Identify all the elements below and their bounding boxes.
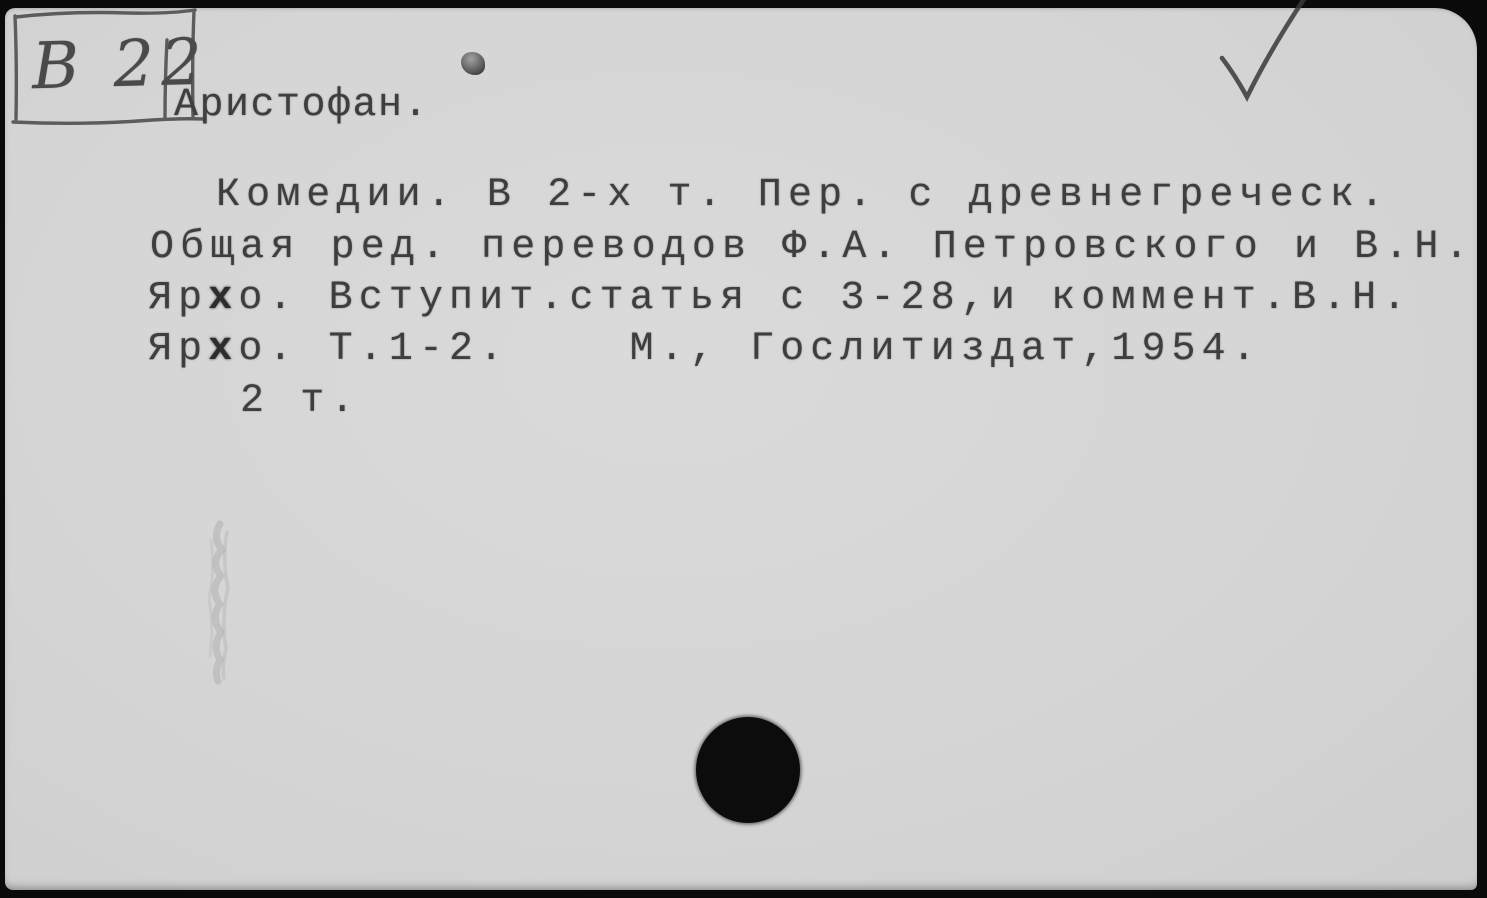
line3-overstruck-char: х [208,276,238,321]
line4-prefix: Яр [148,327,208,372]
line3-prefix: Яр [148,276,208,321]
hole-punch [696,717,800,823]
bibliography-line-imprint: Ярхо. Т.1-2. М., Гослитиздат,1954. [148,330,1262,370]
author-line: Аристофан. [174,86,429,126]
ink-speck-mark [461,52,485,75]
bibliography-line-title: Комедии. В 2-х т. Пер. с древнегреческ. [216,176,1390,216]
line4-overstruck-char: х [208,327,238,372]
scanned-catalog-card-photo: В 22 Аристофан. Комедии. В 2-х т. Пер. с… [0,0,1487,898]
bibliography-line-intro: Ярхо. Вступит.статья с 3-28,и коммент.В.… [148,279,1412,319]
bibliography-line-volumes: 2 т. [240,382,360,422]
line4-rest: о. Т.1-2. М., Гослитиздат,1954. [238,327,1262,372]
line3-rest: о. Вступит.статья с 3-28,и коммент.В.Н. [238,276,1412,321]
vertical-stamp-mark [194,518,240,688]
bibliography-line-editors: Общая ред. переводов Ф.А. Петровского и … [150,228,1475,268]
checkmark-icon [1210,0,1320,110]
